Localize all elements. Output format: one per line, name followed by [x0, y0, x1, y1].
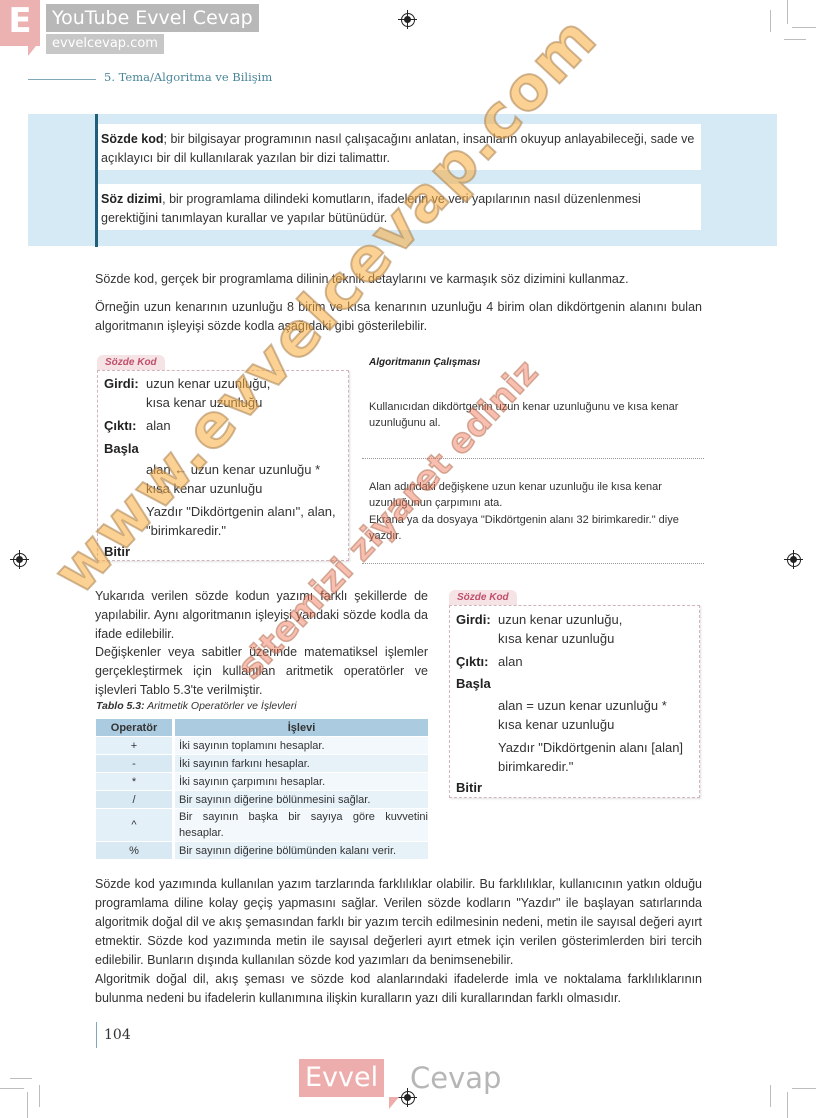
print-line: "birimkaredir." [146, 523, 226, 538]
output-keyword: Çıktı: [104, 418, 137, 433]
table-row: %Bir sayının diğerine bölümünden kalanı … [96, 842, 428, 859]
pseudocode-tab: Sözde Kod [449, 590, 517, 605]
registration-mark-icon [401, 13, 415, 27]
start-keyword: Başla [104, 441, 139, 456]
print-line: birimkaredir." [498, 759, 573, 774]
crop-mark [770, 1085, 771, 1107]
assign-line: alan ← uzun kenar uzunluğu * [146, 462, 320, 477]
input-line: kısa kenar uzunluğu [498, 631, 614, 646]
algorithm-step: Kullanıcıdan dikdörtgenin uzun kenar uzu… [369, 399, 704, 431]
function-cell: İki sayının farkını hesaplar. [172, 755, 428, 772]
registration-mark-icon [787, 553, 801, 567]
function-cell: Bir sayının diğerine bölünmesini sağlar. [172, 791, 428, 808]
crop-mark [787, 0, 788, 24]
operator-cell: / [96, 791, 172, 808]
divider [362, 563, 704, 564]
definition-term: Sözde kod [101, 132, 164, 146]
table-row: -İki sayının farkını hesaplar. [96, 755, 428, 772]
input-keyword: Girdi: [104, 376, 139, 391]
paragraph: Sözde kod, gerçek bir programlama dilini… [95, 270, 702, 289]
function-cell: İki sayının toplamını hesaplar. [172, 737, 428, 754]
crop-mark [0, 1088, 24, 1089]
column-header-function: İşlevi [172, 719, 428, 736]
input-keyword: Girdi: [456, 612, 491, 627]
table-row: /Bir sayının diğerine bölünmesini sağlar… [96, 791, 428, 808]
end-keyword: Bitir [456, 780, 482, 795]
operators-table: Operatör İşlevi +İki sayının toplamını h… [96, 718, 428, 860]
divider [362, 458, 704, 459]
output-value: alan [146, 418, 171, 433]
watermark-logo: E [0, 0, 40, 46]
input-line: uzun kenar uzunluğu, [498, 612, 622, 627]
operator-cell: % [96, 842, 172, 859]
paragraph: Değişkenler veya sabitler üzerinde matem… [95, 643, 428, 700]
table-caption-text: Aritmetik Operatörler ve İşlevleri [145, 700, 297, 712]
function-cell: İki sayının çarpımını hesaplar. [172, 773, 428, 790]
definition-pseudocode: Sözde kod; bir bilgisayar programının na… [98, 124, 701, 170]
page-number-rule [96, 1022, 97, 1048]
registration-mark-icon [13, 553, 27, 567]
table-row: +İki sayının toplamını hesaplar. [96, 737, 428, 754]
definition-text: ; bir bilgisayar programının nasıl çalış… [101, 132, 694, 165]
watermark-title: YouTube Evvel Cevap [46, 4, 259, 32]
algorithm-title: Algoritmanın Çalışması [369, 357, 480, 368]
section-title: 5. Tema/Algoritma ve Bilişim [104, 70, 272, 84]
crop-mark [787, 1092, 788, 1118]
paragraph: Algoritmik doğal dil, akış şeması ve söz… [95, 970, 702, 1008]
paragraph: Yukarıda verilen sözde kodun yazımı fark… [95, 587, 428, 644]
end-keyword: Bitir [104, 544, 130, 559]
definition-text: , bir programlama dilindeki komutların, … [101, 192, 641, 225]
table-row: ^Bir sayının başka bir sayıya göre kuvve… [96, 809, 428, 841]
algorithm-step: Alan adındaki değişkene uzun kenar uzunl… [369, 479, 704, 511]
table-row: *İki sayının çarpımını hesaplar. [96, 773, 428, 790]
pseudocode-card: Girdi: uzun kenar uzunluğu, kısa kenar u… [449, 605, 700, 798]
operator-cell: ^ [96, 809, 172, 841]
input-line: kısa kenar uzunluğu [146, 395, 262, 410]
crop-mark [770, 10, 771, 32]
crop-mark [10, 1078, 32, 1079]
watermark-logo-letter: E [0, 0, 40, 42]
output-value: alan [498, 654, 523, 669]
function-cell: Bir sayının diğerine bölümünden kalanı v… [172, 842, 428, 859]
crop-mark [39, 1085, 40, 1107]
crop-mark [792, 1088, 816, 1089]
function-cell: Bir sayının başka bir sayıya göre kuvvet… [172, 809, 428, 841]
crop-mark [27, 1092, 28, 1118]
table-caption-label: Tablo 5.3: [96, 700, 145, 712]
page-number: 104 [104, 1027, 131, 1043]
pseudocode-card: Girdi: uzun kenar uzunluğu, kısa kenar u… [97, 370, 349, 561]
pseudocode-tab: Sözde Kod [97, 355, 165, 370]
watermark-bottom-text: Cevap [410, 1059, 501, 1097]
operator-cell: * [96, 773, 172, 790]
print-line: Yazdır "Dikdörtgenin alanı [alan] [498, 740, 683, 755]
crop-mark [784, 39, 806, 40]
paragraph: Sözde kod yazımında kullanılan yazım tar… [95, 875, 702, 970]
crop-mark [792, 27, 816, 28]
watermark-url: evvelcevap.com [46, 34, 164, 54]
column-header-operator: Operatör [96, 719, 172, 736]
assign-line: alan = uzun kenar uzunluğu * [498, 698, 667, 713]
operator-cell: - [96, 755, 172, 772]
operator-cell: + [96, 737, 172, 754]
print-line: Yazdır "Dikdörtgenin alanı", alan, [146, 504, 336, 519]
start-keyword: Başla [456, 676, 491, 691]
assign-line: kısa kenar uzunluğu [146, 481, 262, 496]
definition-syntax: Söz dizimi, bir programlama dilindeki ko… [98, 184, 701, 230]
definition-term: Söz dizimi [101, 192, 162, 206]
paragraph: Örneğin uzun kenarının uzunluğu 8 birim … [95, 298, 702, 336]
input-line: uzun kenar uzunluğu, [146, 376, 270, 391]
header-rule [28, 79, 96, 80]
output-keyword: Çıktı: [456, 654, 489, 669]
watermark-bottom-logo: Evvel [299, 1059, 384, 1097]
algorithm-step: Ekrana ya da dosyaya "Dikdörtgenin alanı… [369, 512, 704, 544]
assign-line: kısa kenar uzunluğu [498, 717, 614, 732]
table-caption: Tablo 5.3: Aritmetik Operatörler ve İşle… [96, 700, 297, 712]
